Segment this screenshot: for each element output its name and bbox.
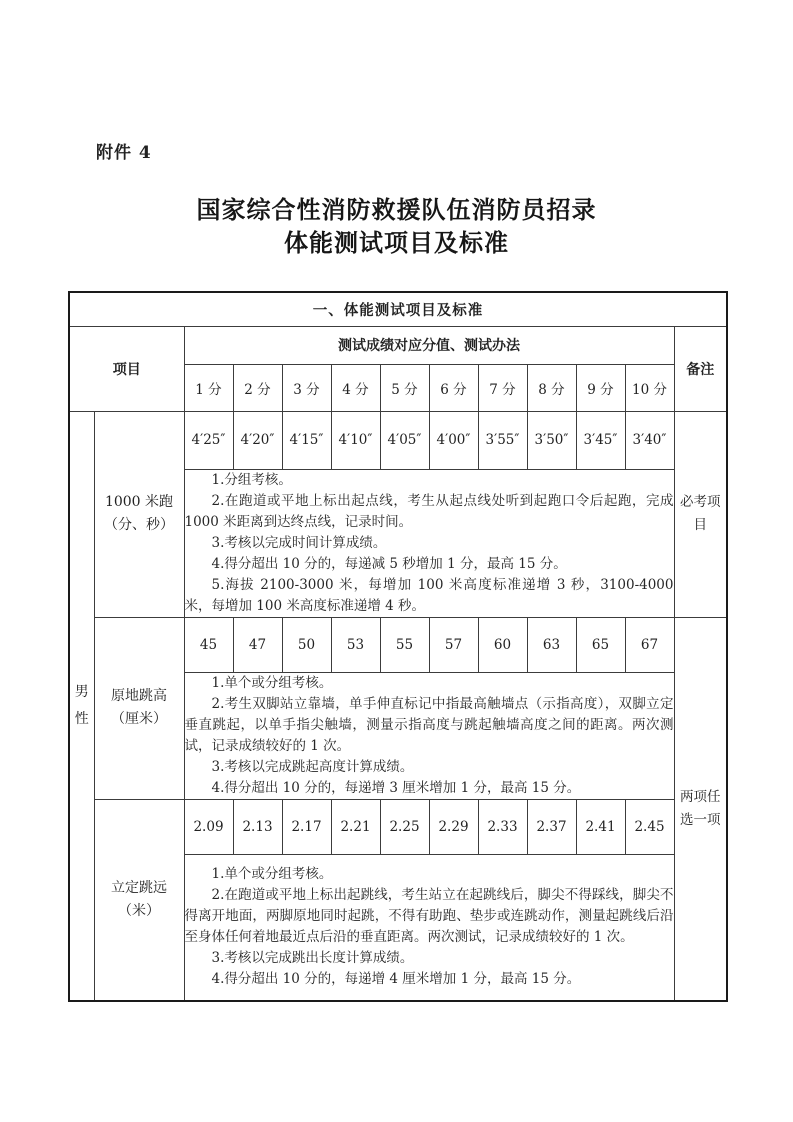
header-remark: 备注: [674, 326, 727, 411]
score-header-cell: 3 分: [282, 364, 331, 411]
score-value-cell: 3′45″: [576, 411, 625, 469]
row-standing-long-jump-values: 立定跳远 （米） 2.09 2.13 2.17 2.21 2.25 2.29 2…: [69, 799, 727, 854]
method-paragraph: 2.在跑道或平地上标出起跳线，考生站立在起跳线后，脚尖不得踩线，脚尖不得离开地面…: [185, 885, 674, 948]
score-value-cell: 3′55″: [478, 411, 527, 469]
score-value-cell: 57: [429, 617, 478, 672]
item-unit: （分、秒）: [95, 514, 184, 537]
section-title-row: 一、体能测试项目及标准: [69, 292, 727, 326]
document-page: 附件 4 国家综合性消防救援队伍消防员招录 体能测试项目及标准 一、体能测试项目…: [0, 0, 793, 1122]
method-paragraph: 3.考核以完成跳出长度计算成绩。: [185, 948, 674, 969]
item-unit: （厘米）: [95, 708, 184, 731]
score-value-cell: 4′20″: [233, 411, 282, 469]
score-value-cell: 67: [625, 617, 674, 672]
score-header-cell: 5 分: [380, 364, 429, 411]
score-header-cell: 1 分: [184, 364, 233, 411]
score-value-cell: 65: [576, 617, 625, 672]
score-value-cell: 47: [233, 617, 282, 672]
score-value-cell: 2.13: [233, 799, 282, 854]
item-name: 1000 米跑: [95, 491, 184, 514]
remark-cell-required: 必考项目: [674, 411, 727, 617]
score-value-cell: 4′25″: [184, 411, 233, 469]
row-vertical-jump-values: 原地跳高 （厘米） 45 47 50 53 55 57 60 63 65 67 …: [69, 617, 727, 672]
row-1000m-values: 男性 1000 米跑 （分、秒） 4′25″ 4′20″ 4′15″ 4′10″…: [69, 411, 727, 469]
method-paragraph: 4.得分超出 10 分的，每递减 5 秒增加 1 分，最高 15 分。: [185, 554, 674, 575]
item-cell-standing-long-jump: 立定跳远 （米）: [94, 799, 184, 1001]
method-cell-vertical-jump: 1.单个或分组考核。 2.考生双脚站立靠墙，单手伸直标记中指最高触墙点（示指高度…: [184, 672, 674, 799]
fitness-standards-table: 一、体能测试项目及标准 项目 测试成绩对应分值、测试办法 备注 1 分 2 分 …: [68, 291, 728, 1002]
remark-cell-choose-one: 两项任选一项: [674, 617, 727, 1001]
method-paragraph: 2.在跑道或平地上标出起点线，考生从起点线处听到起跑口令后起跑，完成 1000 …: [185, 491, 674, 533]
method-cell-standing-long-jump: 1.单个或分组考核。 2.在跑道或平地上标出起跳线，考生站立在起跳线后，脚尖不得…: [184, 854, 674, 1001]
method-paragraph: 1.单个或分组考核。: [185, 864, 674, 885]
score-value-cell: 2.25: [380, 799, 429, 854]
score-header-cell: 2 分: [233, 364, 282, 411]
table-section-title: 一、体能测试项目及标准: [69, 292, 727, 326]
score-header-cell: 9 分: [576, 364, 625, 411]
item-name: 立定跳远: [95, 877, 184, 900]
score-header-cell: 8 分: [527, 364, 576, 411]
document-title: 国家综合性消防救援队伍消防员招录 体能测试项目及标准: [0, 193, 793, 259]
score-header-cell: 4 分: [331, 364, 380, 411]
gender-cell: 男性: [69, 411, 94, 1001]
method-paragraph: 2.考生双脚站立靠墙，单手伸直标记中指最高触墙点（示指高度），双脚立定垂直跳起，…: [185, 694, 674, 757]
score-value-cell: 2.29: [429, 799, 478, 854]
score-value-cell: 3′50″: [527, 411, 576, 469]
score-header-cell: 7 分: [478, 364, 527, 411]
score-value-cell: 2.45: [625, 799, 674, 854]
score-value-cell: 2.41: [576, 799, 625, 854]
document-title-line2: 体能测试项目及标准: [0, 226, 793, 259]
score-value-cell: 63: [527, 617, 576, 672]
header-row: 项目 测试成绩对应分值、测试办法 备注: [69, 326, 727, 364]
score-value-cell: 4′05″: [380, 411, 429, 469]
method-cell-1000m-run: 1.分组考核。 2.在跑道或平地上标出起点线，考生从起点线处听到起跑口令后起跑，…: [184, 469, 674, 617]
score-value-cell: 2.21: [331, 799, 380, 854]
score-value-cell: 53: [331, 617, 380, 672]
score-value-cell: 2.17: [282, 799, 331, 854]
score-value-cell: 4′15″: [282, 411, 331, 469]
header-item: 项目: [69, 326, 184, 411]
item-cell-1000m-run: 1000 米跑 （分、秒）: [94, 411, 184, 617]
score-value-cell: 2.37: [527, 799, 576, 854]
score-value-cell: 2.33: [478, 799, 527, 854]
score-value-cell: 55: [380, 617, 429, 672]
item-unit: （米）: [95, 900, 184, 923]
score-value-cell: 3′40″: [625, 411, 674, 469]
method-paragraph: 1.分组考核。: [185, 470, 674, 491]
score-value-cell: 2.09: [184, 799, 233, 854]
method-paragraph: 4.得分超出 10 分的，每递增 4 厘米增加 1 分，最高 15 分。: [185, 969, 674, 990]
attachment-label: 附件 4: [96, 138, 152, 163]
header-score-method: 测试成绩对应分值、测试办法: [184, 326, 674, 364]
item-name: 原地跳高: [95, 685, 184, 708]
method-paragraph: 4.得分超出 10 分的，每递增 3 厘米增加 1 分，最高 15 分。: [185, 778, 674, 799]
score-value-cell: 50: [282, 617, 331, 672]
method-paragraph: 3.考核以完成跳起高度计算成绩。: [185, 757, 674, 778]
score-header-cell: 6 分: [429, 364, 478, 411]
score-header-cell: 10 分: [625, 364, 674, 411]
score-value-cell: 4′00″: [429, 411, 478, 469]
method-paragraph: 5.海拔 2100-3000 米，每增加 100 米高度标准递增 3 秒，310…: [185, 575, 674, 617]
method-paragraph: 3.考核以完成时间计算成绩。: [185, 533, 674, 554]
method-paragraph: 1.单个或分组考核。: [185, 673, 674, 694]
score-value-cell: 45: [184, 617, 233, 672]
score-value-cell: 60: [478, 617, 527, 672]
score-value-cell: 4′10″: [331, 411, 380, 469]
document-title-line1: 国家综合性消防救援队伍消防员招录: [0, 193, 793, 226]
item-cell-vertical-jump: 原地跳高 （厘米）: [94, 617, 184, 799]
